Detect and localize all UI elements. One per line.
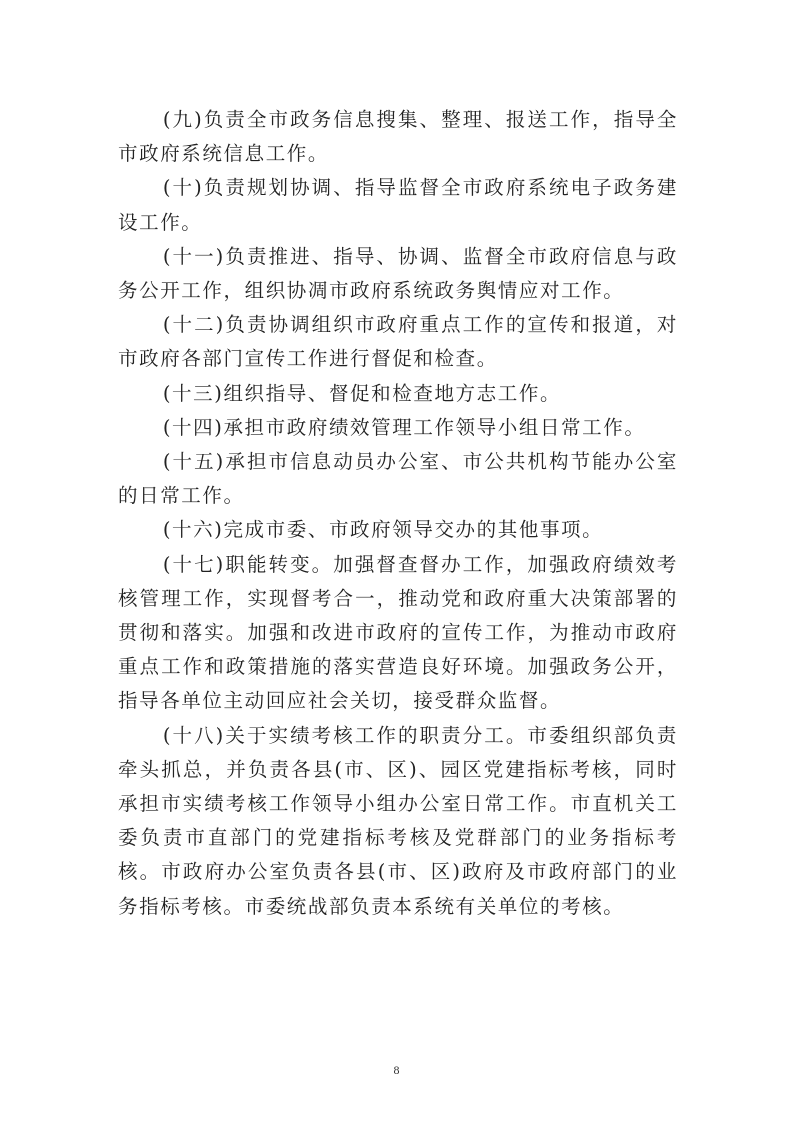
paragraph-item-12: (十二)负责协调组织市政府重点工作的宣传和报道，对市政府各部门宣传工作进行督促和… xyxy=(118,308,678,376)
paragraph-item-16: (十六)完成市委、市政府领导交办的其他事项。 xyxy=(118,513,678,547)
paragraph-item-9: (九)负责全市政务信息搜集、整理、报送工作，指导全市政府系统信息工作。 xyxy=(118,103,678,171)
paragraph-item-15: (十五)承担市信息动员办公室、市公共机构节能办公室的日常工作。 xyxy=(118,445,678,513)
paragraph-item-14: (十四)承担市政府绩效管理工作领导小组日常工作。 xyxy=(118,411,678,445)
paragraph-item-10: (十)负责规划协调、指导监督全市政府系统电子政务建设工作。 xyxy=(118,171,678,239)
page-number: 8 xyxy=(0,1063,793,1078)
paragraph-item-18: (十八)关于实绩考核工作的职责分工。市委组织部负责牵头抓总，并负责各县(市、区)… xyxy=(118,719,678,924)
paragraph-item-13: (十三)组织指导、督促和检查地方志工作。 xyxy=(118,377,678,411)
paragraph-item-11: (十一)负责推进、指导、协调、监督全市政府信息与政务公开工作，组织协凋市政府系统… xyxy=(118,240,678,308)
paragraph-item-17: (十七)职能转变。加强督查督办工作，加强政府绩效考核管理工作，实现督考合一，推动… xyxy=(118,548,678,719)
document-body: (九)负责全市政务信息搜集、整理、报送工作，指导全市政府系统信息工作。 (十)负… xyxy=(118,103,678,924)
